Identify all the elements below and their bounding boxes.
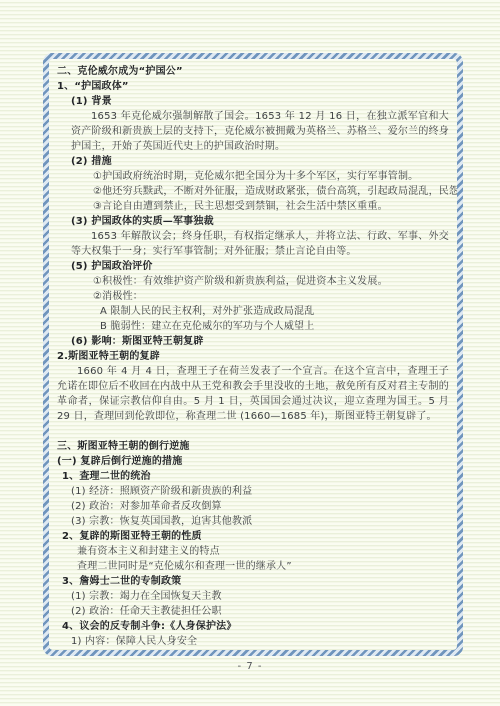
- list-item-line: ①积极性：有效维护资产阶级和新贵族利益，促进资本主义发展。: [57, 274, 449, 289]
- text-line: (1) 宗教：竭力在全国恢复天主教: [57, 589, 449, 604]
- text-line: (3) 宗教：恢复英国国教，迫害其他教派: [57, 514, 449, 529]
- list-item-line: ②消极性：: [57, 289, 449, 304]
- heading-line: 3、詹姆士二世的专制政策: [57, 574, 449, 589]
- subheading-line: (2) 措施: [57, 154, 449, 169]
- heading-line: 三、斯图亚特王朝的倒行逆施: [57, 439, 449, 454]
- text-line: 1) 内容：保障人民人身安全: [57, 634, 449, 649]
- text-line: (1) 经济：照顾资产阶级和新贵族的利益: [57, 484, 449, 499]
- text-line: (2) 政治：对参加革命者反攻倒算: [57, 499, 449, 514]
- heading-line: 2、复辟的斯图亚特王朝的性质: [57, 529, 449, 544]
- list-item-line: ②他还穷兵黩武，不断对外征服，造成财政紧张，债台高筑，引起政局混乱，民怨沸腾。: [57, 184, 449, 199]
- paragraph: 1660 年 4 月 4 日，查理王子在荷兰发表了一个宣言。在这个宣言中，查理王…: [57, 364, 449, 424]
- heading-line: 4、议会的反专制斗争:《人身保护法》: [57, 619, 449, 634]
- list-item-line: B 脆弱性：建立在克伦威尔的军功与个人威望上: [57, 319, 449, 334]
- paragraph: 1653 年解散议会；终身任职，有权指定继承人，并将立法、行政、军事、外交等大权…: [71, 229, 449, 259]
- subheading-line: (3) 护国政体的实质—军事独裁: [57, 214, 449, 229]
- document-content: 二、克伦威尔成为“护国公”1、“护国政体”(1) 背景1653 年克伦威尔强制解…: [49, 59, 457, 650]
- heading-line: 二、克伦威尔成为“护国公”: [57, 64, 449, 79]
- subheading-line: (1) 背景: [57, 94, 449, 109]
- list-item-line: ③言论自由遭到禁止，民主思想受到禁锢，社会生活中禁区重重。: [57, 199, 449, 214]
- text-line: (2) 政治：任命天主教徒担任公职: [57, 604, 449, 619]
- page-number: - 7 -: [0, 661, 500, 672]
- notes-page: 二、克伦威尔成为“护国公”1、“护国政体”(1) 背景1653 年克伦威尔强制解…: [0, 0, 500, 706]
- subheading-line: (5) 护国政治评价: [57, 259, 449, 274]
- striped-border-frame: 二、克伦威尔成为“护国公”1、“护国政体”(1) 背景1653 年克伦威尔强制解…: [43, 53, 463, 656]
- subheading-line: (6) 影响：斯图亚特王朝复辟: [57, 334, 449, 349]
- text-line: 兼有资本主义和封建主义的特点: [57, 544, 449, 559]
- list-item-line: A 限制人民的民主权利，对外扩张造成政局混乱: [57, 304, 449, 319]
- heading-line: (一) 复辟后倒行逆施的措施: [57, 454, 449, 469]
- list-item-line: ①护国政府统治时期，克伦威尔把全国分为十多个军区，实行军事管制。: [57, 169, 449, 184]
- spacer: [57, 424, 449, 439]
- heading-line: 2.斯图亚特王朝的复辟: [57, 349, 449, 364]
- heading-line: 1、“护国政体”: [57, 79, 449, 94]
- heading-line: 1、查理二世的统治: [57, 469, 449, 484]
- paragraph: 1653 年克伦威尔强制解散了国会。1653 年 12 月 16 日，在独立派军…: [71, 109, 449, 154]
- text-line: 查理二世同时是“克伦威尔和查理一世的继承人”: [57, 559, 449, 574]
